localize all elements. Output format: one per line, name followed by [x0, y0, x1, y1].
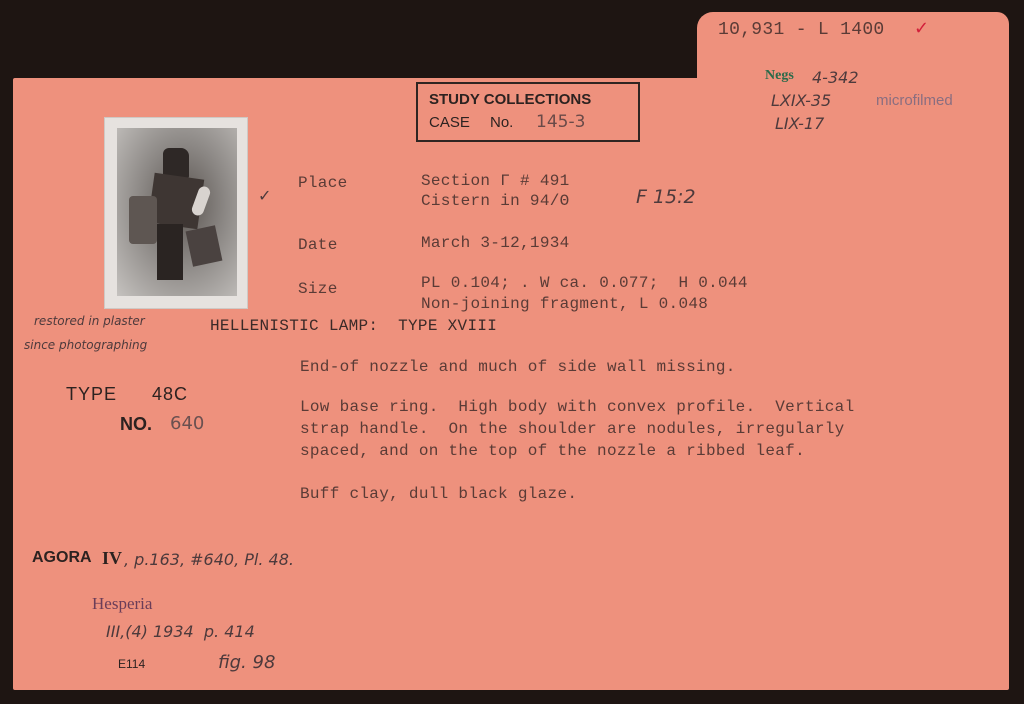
fabric-text: Buff clay, dull black glaze. [300, 485, 577, 503]
no-label: NO. [120, 414, 152, 435]
neg-number-2: LXIX-35 [771, 91, 831, 110]
no-value: 640 [170, 413, 204, 434]
description-line-1: Low base ring. High body with convex pro… [300, 398, 855, 416]
restored-note-line-2: since photographing [24, 338, 147, 352]
place-handwritten-ref: F 15:2 [636, 186, 696, 208]
size-line-1: PL 0.104; . W ca. 0.077; H 0.044 [421, 274, 748, 292]
microfilmed-stamp: microfilmed [876, 92, 953, 109]
agora-volume: IV [102, 548, 122, 569]
date-value: March 3-12,1934 [421, 234, 570, 252]
neg-number-1: 4-342 [812, 68, 859, 87]
condition-text: End-of nozzle and much of side wall miss… [300, 358, 736, 376]
accession-number: 10,931 - L 1400 [718, 20, 885, 40]
stamp-no-label: No. [490, 114, 513, 131]
restored-note-line-1: restored in plaster [34, 314, 145, 328]
negs-label: Negs [765, 68, 794, 84]
size-line-2: Non-joining fragment, L 0.048 [421, 295, 708, 313]
type-label: TYPE [66, 384, 117, 405]
card-tab-ear [975, 55, 1009, 85]
type-value: 48C [152, 384, 188, 405]
size-label: Size [298, 280, 338, 298]
stamp-case-label: CASE [429, 114, 470, 131]
e-code: E114 [118, 657, 145, 671]
stamp-title: STUDY COLLECTIONS [429, 91, 591, 108]
agora-stamp: AGORA [32, 549, 92, 567]
neg-number-3: LIX-17 [775, 114, 824, 133]
case-number: 145-3 [536, 112, 585, 132]
lamp-photograph [105, 118, 247, 308]
description-line-3: spaced, and on the top of the nozzle a r… [300, 442, 805, 460]
description-line-2: strap handle. On the shoulder are nodule… [300, 420, 845, 438]
date-label: Date [298, 236, 338, 254]
lamp-fragment-photo-icon [117, 128, 237, 296]
hesperia-label: Hesperia [92, 594, 152, 614]
hesperia-reference: III,(4) 1934 p. 414 [106, 622, 255, 641]
photo-check-icon: ✓ [258, 186, 271, 205]
object-title: HELLENISTIC LAMP: TYPE XVIII [210, 317, 497, 335]
figure-reference: fig. 98 [218, 652, 275, 673]
place-label: Place [298, 174, 348, 192]
check-icon: ✓ [914, 18, 929, 39]
place-line-1: Section Γ # 491 [421, 172, 570, 190]
place-line-2: Cistern in 94/Θ [421, 192, 570, 210]
agora-reference: , p.163, #640, Pl. 48. [124, 550, 294, 569]
